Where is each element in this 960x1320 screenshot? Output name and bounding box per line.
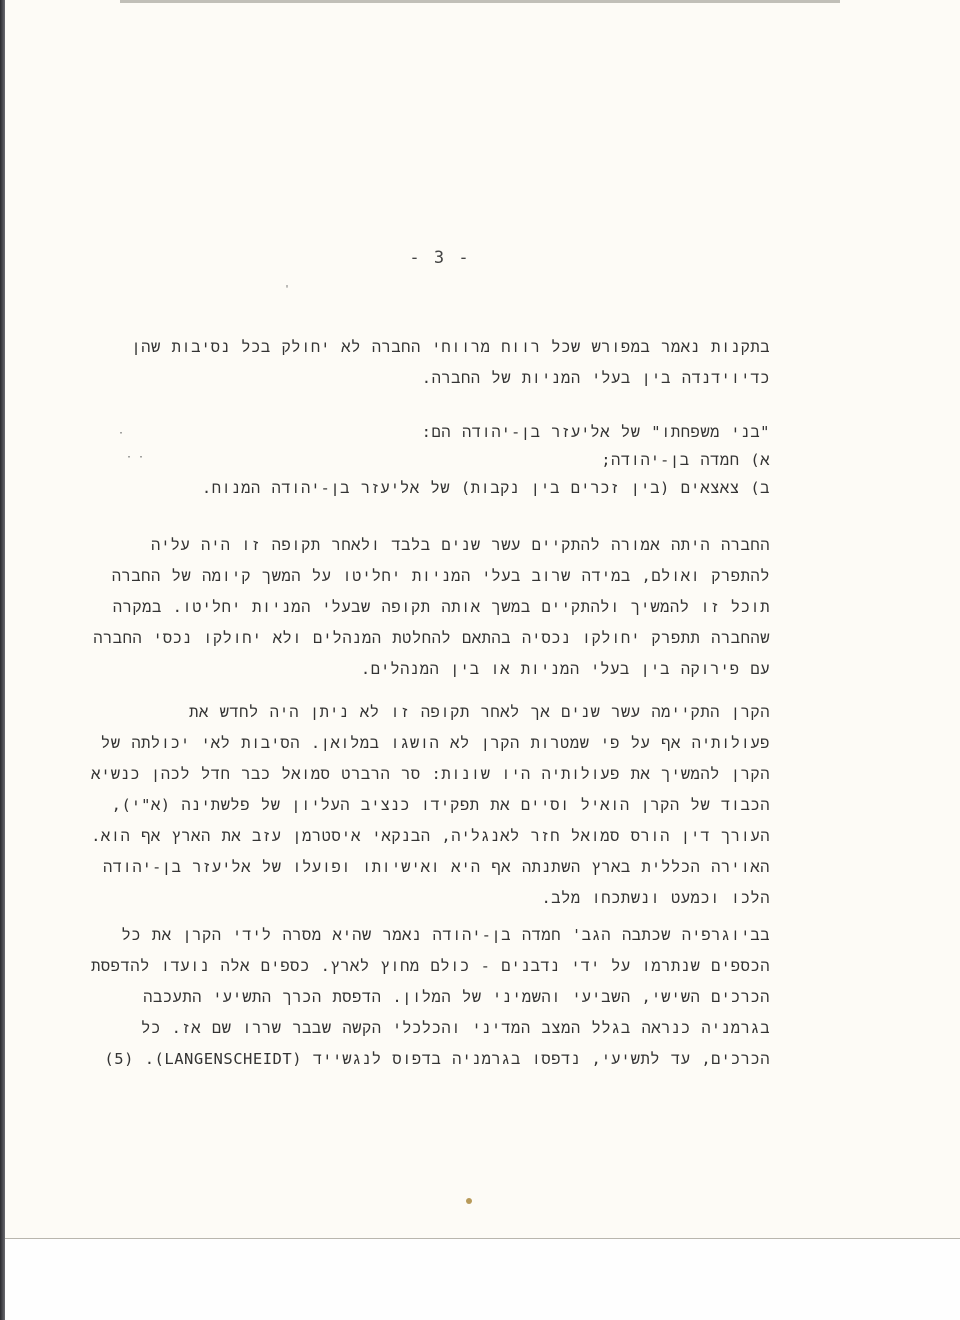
paragraph-company-term: החברה היתה אמורה להתקיים עשר שנים בלבד ו…: [93, 530, 770, 685]
stray-mark: ·: [118, 428, 124, 439]
text-line: תוכל זו להמשיך ולהתקיים במשך אותה תקופה …: [93, 592, 770, 623]
text-line: להתפרק ואולם, במידה שרוב בעלי המניות יחל…: [93, 561, 770, 592]
text-line: הקרן התקיימה עשר שנים אך לאחר תקופה זו ל…: [91, 697, 770, 728]
text-line: הכספים שנתרמו על ידי נדבנים - כולם מחוץ …: [91, 951, 770, 982]
text-line: הכרכים, עד לתשיעי, נדפסו בגרמניה בדפוס ל…: [91, 1044, 770, 1075]
list-item: ב) צאצאים (בין זכרים בין נקבות) של אליעז…: [202, 474, 770, 502]
scan-top-edge: [120, 0, 840, 3]
stray-mark: · ·: [126, 452, 144, 463]
text-line: כדיוידנדה בין בעלי המניות של החברה.: [131, 363, 770, 394]
paragraph-fund-history: הקרן התקיימה עשר שנים אך לאחר תקופה זו ל…: [91, 697, 770, 914]
text-line: הלכו וכמעט ונשתכחו מלב.: [91, 883, 770, 914]
text-line: עם פירוקה בין בעלי המניות או בין המנהלים…: [93, 654, 770, 685]
list-item: א) חמדה בן-יהודה;: [202, 446, 770, 474]
ink-spot: [466, 1198, 472, 1204]
text-line: בתקנות נאמר במפורש שכל רווח מרווחי החברה…: [131, 332, 770, 363]
text-line: הכרכים השישי, השביעי והשמיני של המלון. ה…: [91, 982, 770, 1013]
paragraph-dividend: בתקנות נאמר במפורש שכל רווח מרווחי החברה…: [131, 332, 770, 394]
paragraph-biography: בביוגרפיה שכתבה הגב' חמדה בן-יהודה נאמר …: [91, 920, 770, 1075]
stray-mark: ': [284, 284, 290, 295]
text-line: הקרן להמשיך את פעולותיה היו שונות: סר הר…: [91, 759, 770, 790]
text-line: בגרמניה כנראה בגלל המצב המדיני והכלכלי ה…: [91, 1013, 770, 1044]
text-line: הכבוד של הקרן הואיל וסיים את תפקידו כנצי…: [91, 790, 770, 821]
text-line: שהחברה תתפרק יחולקו נכסיה בהתאם להחלטת ה…: [93, 623, 770, 654]
text-line: החברה היתה אמורה להתקיים עשר שנים בלבד ו…: [93, 530, 770, 561]
paragraph-family-members: "בני משפחתו" של אליעזר בן-יהודה הם: א) ח…: [202, 418, 770, 502]
page-number: - 3 -: [0, 248, 880, 268]
text-line: בביוגרפיה שכתבה הגב' חמדה בן-יהודה נאמר …: [91, 920, 770, 951]
text-line: פעולותיה אף על פי שמטרות הקרן לא הושגו ב…: [91, 728, 770, 759]
text-line: העורך דין הורס סמואל חזר לאנגליה, הבנקאי…: [91, 821, 770, 852]
text-line: "בני משפחתו" של אליעזר בן-יהודה הם:: [202, 418, 770, 446]
scan-edge-shadow: [0, 0, 5, 1320]
text-line: האוירה הכללית בארץ השתנתה אף היא ואישיות…: [91, 852, 770, 883]
